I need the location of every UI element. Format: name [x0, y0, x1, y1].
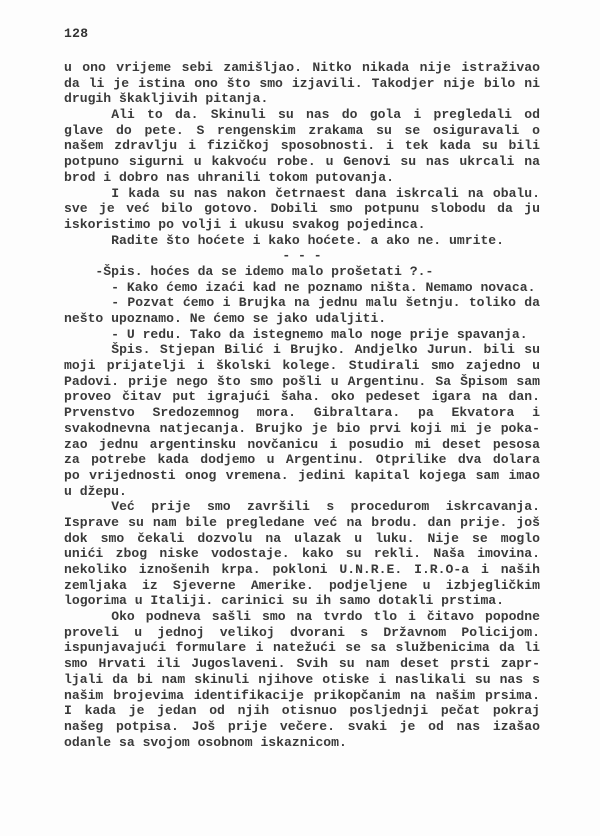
text-line: smo Hrvati ili Jugoslaveni. Svih su nam …: [64, 656, 540, 672]
body-text: u ono vrijeme sebi zamišljao. Nitko nika…: [64, 60, 540, 750]
text-line: -Špis. hoćes da se idemo malo prošetati …: [64, 264, 540, 280]
text-line: ljali da bi nam skinuli njihove otiske i…: [64, 672, 540, 688]
text-line: brod i dobro nas uhranili tokom putovanj…: [64, 170, 540, 186]
text-line: proveli u jednoj velikoj dvorani s Držav…: [64, 625, 540, 641]
text-line: Prvenstvo Sredozemnog mora. Gibraltara. …: [64, 405, 540, 421]
text-line: Ali to da. Skinuli su nas do gola i preg…: [64, 107, 540, 123]
text-line: sve je već bilo gotovo. Dobili smo potpu…: [64, 201, 540, 217]
text-line: odanle sa svojom osobnom iskaznicom.: [64, 735, 540, 751]
page-number: 128: [64, 26, 88, 41]
text-line: glave do pete. S rengenskim zrakama su s…: [64, 123, 540, 139]
text-line: zemljaka iz Sjeverne Amerike. podjeljene…: [64, 578, 540, 594]
text-line: moji prijatelji i školski kolege. Studir…: [64, 358, 540, 374]
text-line: Oko podneva sašli smo na tvrdo tlo i čit…: [64, 609, 540, 625]
text-line: nešto upoznamo. Ne ćemo se jako udaljiti…: [64, 311, 540, 327]
text-line: zao jednu argentinsku novčanicu i posudi…: [64, 437, 540, 453]
text-line: Već prije smo završili s procedurom iskr…: [64, 499, 540, 515]
text-line: nekoliko iznošenih krpa. pokloni U.N.R.E…: [64, 562, 540, 578]
text-line: logorima u Italiji. carinici su ih samo …: [64, 593, 540, 609]
text-line: dok smo čekali dozvolu na ulazak u luku.…: [64, 531, 540, 547]
text-line: da li je istina ono što smo izjavili. Ta…: [64, 76, 540, 92]
text-line: našem zdravlju i fizičkoj sposobnosti. i…: [64, 138, 540, 154]
text-line: - U redu. Tako da istegnemo malo noge pr…: [64, 327, 540, 343]
scanned-book-page: 128 u ono vrijeme sebi zamišljao. Nitko …: [0, 0, 600, 836]
text-line: za potrebe kada dodjemo u Argentinu. Otp…: [64, 452, 540, 468]
text-line: I kada su nas nakon četrnaest dana iskrc…: [64, 186, 540, 202]
text-line: - Pozvat ćemo i Brujka na jednu malu šet…: [64, 295, 540, 311]
text-line: Špis. Stjepan Bilić i Brujko. Andjelko J…: [64, 342, 540, 358]
text-line: drugih škakljivih pitanja.: [64, 91, 540, 107]
text-line: iskoristimo po volji i ukusu svakog poje…: [64, 217, 540, 233]
section-separator: - - -: [64, 248, 540, 264]
text-line: ispunjavajući formulare i natežući se sa…: [64, 640, 540, 656]
text-line: potpuno sigurni u kakvoću robe. u Genovi…: [64, 154, 540, 170]
text-line: unići zbog niske vodostaje. kako su rekl…: [64, 546, 540, 562]
text-line: I kada je jedan od njih otisnuo posljedn…: [64, 703, 540, 719]
text-line: Padovi. prije nego što smo pošli u Argen…: [64, 374, 540, 390]
text-line: našim brojevima identifikacije prikopčan…: [64, 688, 540, 704]
text-line: po vrijednosti onog vremena. jedini kapi…: [64, 468, 540, 484]
text-line: u ono vrijeme sebi zamišljao. Nitko nika…: [64, 60, 540, 76]
text-line: - Kako ćemo izaći kad ne poznamo ništa. …: [64, 280, 540, 296]
text-line: u džepu.: [64, 484, 540, 500]
text-line: Isprave su nam bile pregledane već na br…: [64, 515, 540, 531]
text-line: našeg potpisa. Još prije večere. svaki j…: [64, 719, 540, 735]
text-line: svakodnevna natjecanja. Brujko je bio pr…: [64, 421, 540, 437]
text-line: Radite što hoćete i kako hoćete. a ako n…: [64, 233, 540, 249]
text-line: proveo čitav put igrajući šaha. oko pede…: [64, 389, 540, 405]
